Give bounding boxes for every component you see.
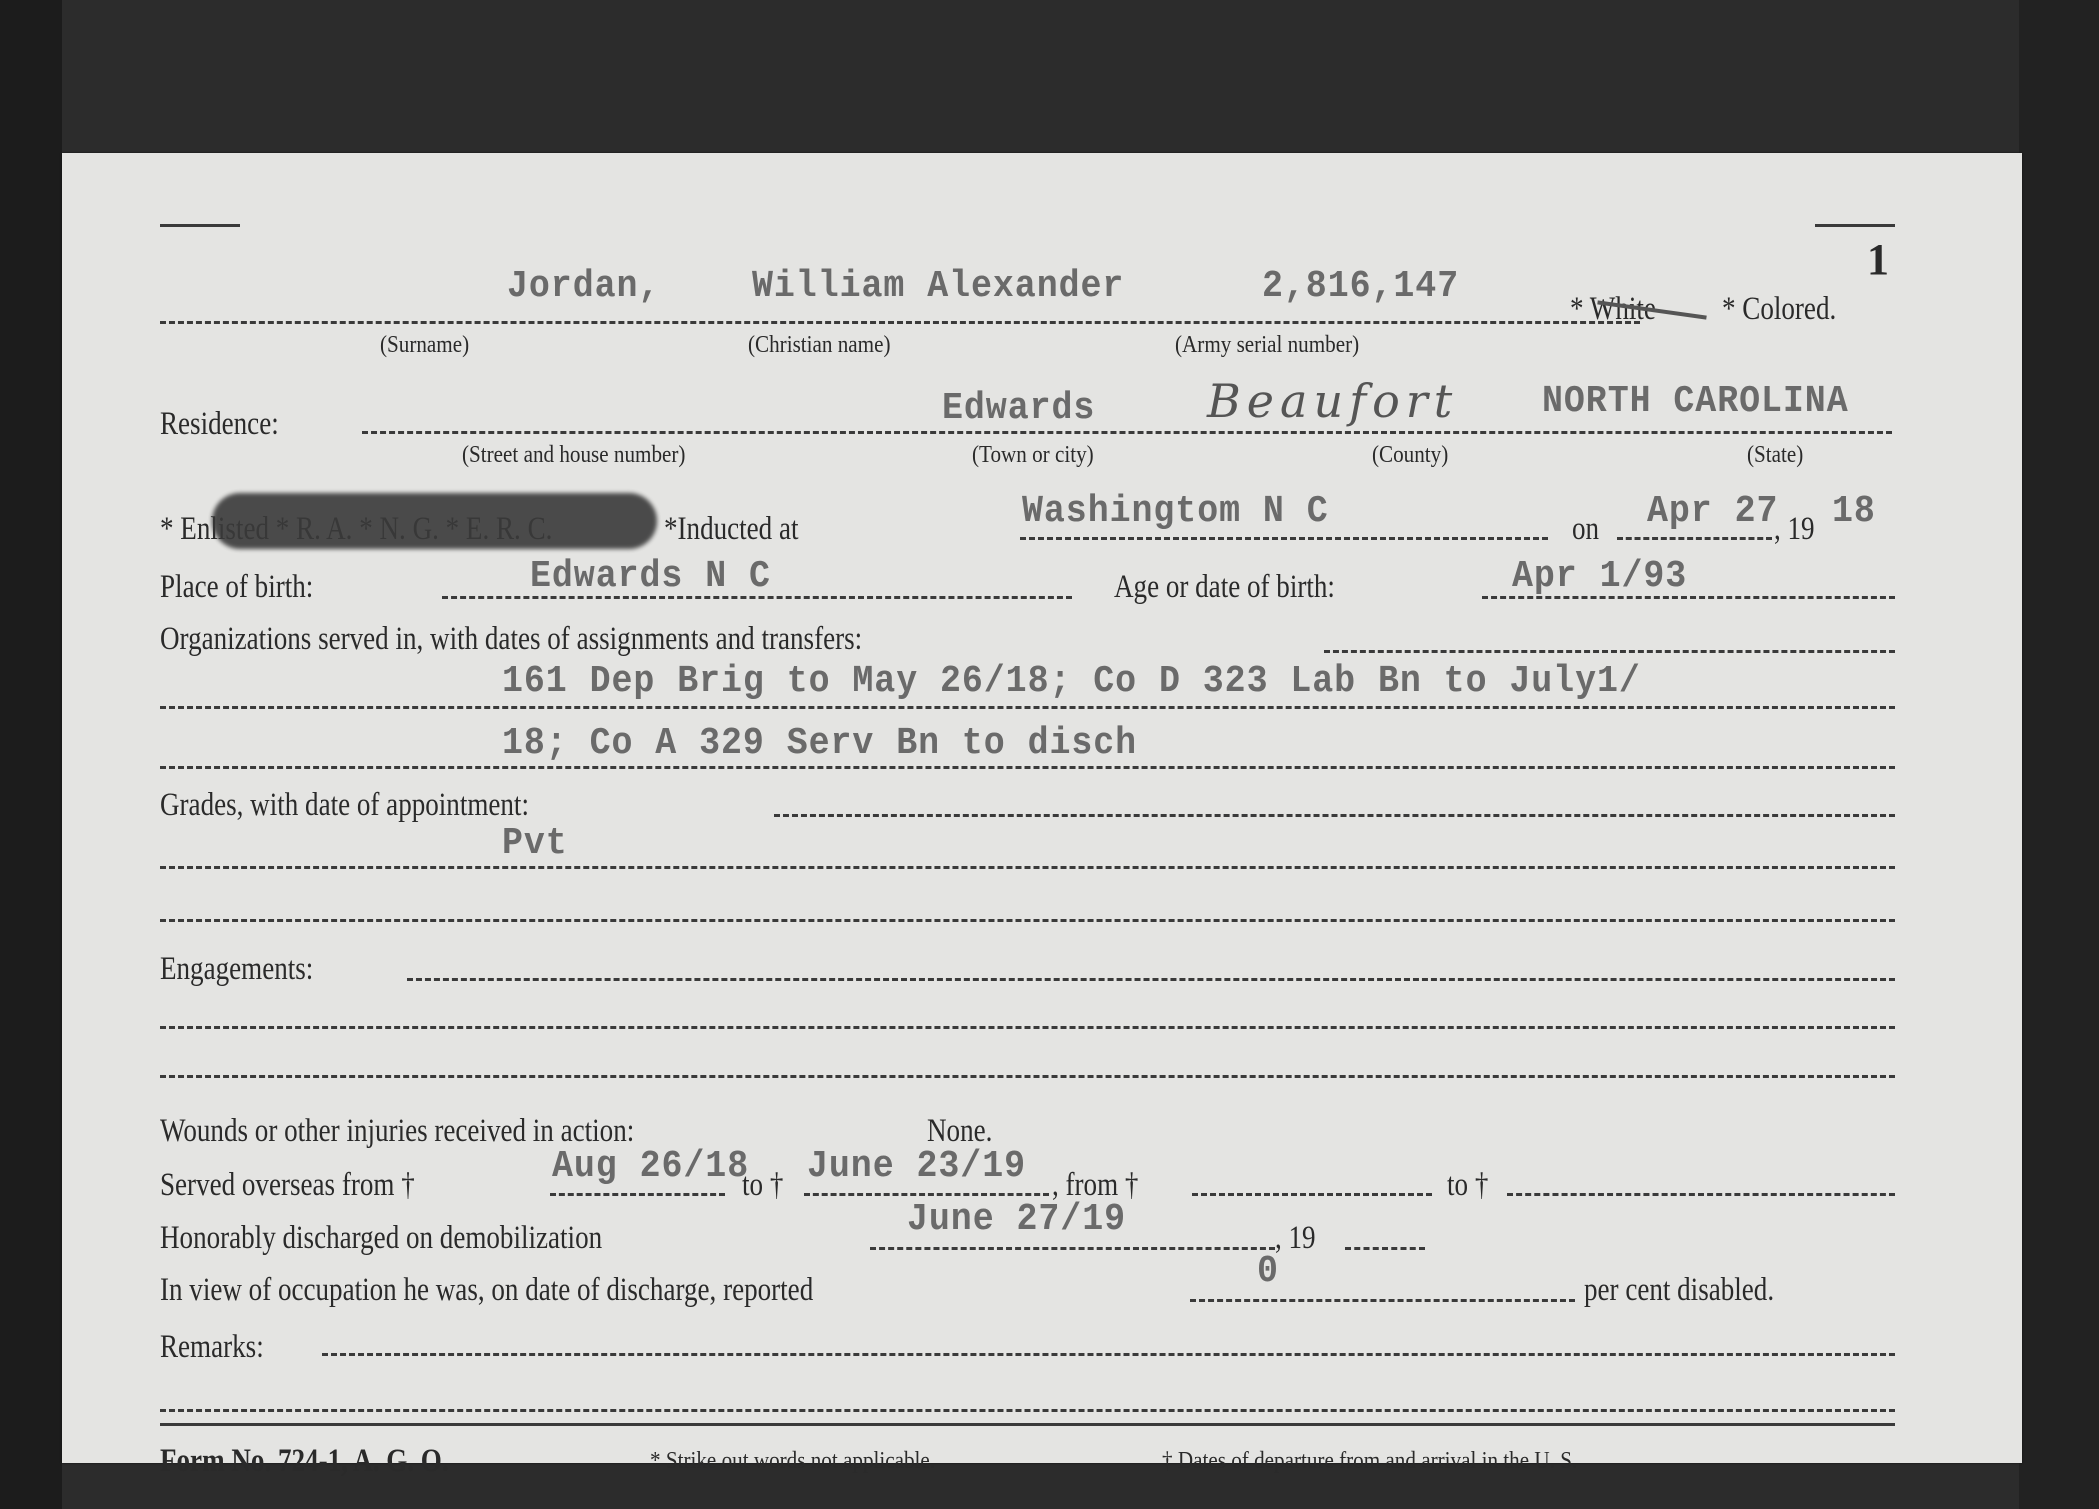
page-number: 1	[1867, 238, 1889, 282]
engagements-line-2	[160, 1075, 1895, 1078]
year-prefix: , 19	[1774, 513, 1815, 546]
disability-line	[1190, 1299, 1575, 1302]
overseas-to2-line	[1507, 1193, 1895, 1196]
overseas-to-value: June 23/19	[807, 1148, 1026, 1186]
place-of-birth-line	[442, 596, 1072, 599]
residence-label: Residence:	[160, 408, 279, 441]
organizations-label: Organizations served in, with dates of a…	[160, 623, 862, 656]
induction-date-line	[1617, 537, 1772, 540]
wounds-value: None.	[927, 1115, 992, 1148]
organizations-line-2	[160, 766, 1895, 769]
street-caption: (Street and house number)	[462, 443, 685, 467]
footnote-strike-out: * Strike out words not applicable.	[650, 1449, 935, 1473]
service-record-card: 1 Jordan, William Alexander 2,816,147 * …	[62, 153, 2022, 1463]
engagements-label: Engagements:	[160, 953, 313, 986]
organizations-value-line-2: 18; Co A 329 Serv Bn to disch	[502, 725, 1137, 763]
organizations-line-0	[1324, 650, 1895, 653]
surname-value: Jordan,	[507, 268, 660, 306]
surname-caption: (Surname)	[380, 333, 469, 357]
age-label: Age or date of birth:	[1114, 571, 1335, 604]
overseas-from-line	[550, 1193, 725, 1196]
grades-line-2	[160, 919, 1895, 922]
overseas-to-label: to †	[742, 1169, 783, 1202]
footer-rule	[160, 1423, 1895, 1426]
town-value: Edwards	[942, 390, 1095, 428]
remarks-line-0	[322, 1353, 1895, 1356]
induction-place-value: Washingtom N C	[1022, 493, 1329, 531]
overseas-from-value: Aug 26/18	[552, 1148, 749, 1186]
place-of-birth-label: Place of birth:	[160, 571, 313, 604]
grades-value: Pvt	[502, 825, 568, 863]
discharge-year-line	[1345, 1247, 1425, 1250]
serial-number-caption: (Army serial number)	[1175, 333, 1359, 357]
grades-label: Grades, with date of appointment:	[160, 789, 529, 822]
name-line	[160, 321, 1640, 324]
induction-date-value: Apr 27	[1647, 493, 1778, 531]
overseas-to-line	[804, 1193, 1049, 1196]
redaction-mark	[212, 493, 657, 549]
county-caption: (County)	[1372, 443, 1448, 467]
footnote-dates: † Dates of departure from and arrival in…	[1162, 1449, 1577, 1473]
grades-line-1	[160, 866, 1895, 869]
discharge-year-label: , 19	[1275, 1222, 1316, 1255]
wounds-label: Wounds or other injuries received in act…	[160, 1115, 634, 1148]
engagements-line-1	[160, 1026, 1895, 1029]
remarks-label: Remarks:	[160, 1331, 264, 1364]
place-of-birth-value: Edwards N C	[530, 558, 771, 596]
background-left-edge	[0, 0, 62, 1509]
birth-date-line	[1482, 596, 1895, 599]
engagements-line-0	[407, 978, 1895, 981]
form-number: Form No. 724-1, A. G. O.	[160, 1445, 449, 1478]
discharge-date-line	[870, 1247, 1275, 1250]
disability-suffix: per cent disabled.	[1584, 1274, 1774, 1307]
discharge-label: Honorably discharged on demobilization	[160, 1222, 602, 1255]
state-caption: (State)	[1747, 443, 1803, 467]
race-colored-option: * Colored.	[1722, 293, 1836, 326]
county-value: Beaufort	[1207, 378, 1458, 424]
disability-label: In view of occupation he was, on date of…	[160, 1274, 813, 1307]
overseas-to2-label: to †	[1447, 1169, 1488, 1202]
induction-year-value: 18	[1832, 493, 1876, 531]
organizations-line-1	[160, 706, 1895, 709]
inducted-at-label: *Inducted at	[664, 513, 799, 546]
residence-line	[362, 431, 1892, 434]
serial-number-value: 2,816,147	[1262, 268, 1459, 306]
overseas-from-label: Served overseas from †	[160, 1169, 415, 1202]
background-right-edge	[2019, 0, 2099, 1509]
disability-value: 0	[1257, 1253, 1279, 1291]
town-caption: (Town or city)	[972, 443, 1094, 467]
induction-place-line	[1020, 537, 1548, 540]
overseas-from2-line	[1192, 1193, 1432, 1196]
birth-date-value: Apr 1/93	[1512, 558, 1687, 596]
top-right-mark	[1815, 224, 1895, 227]
state-value: NORTH CAROLINA	[1542, 383, 1849, 421]
remarks-line-1	[160, 1409, 1895, 1412]
christian-name-value: William Alexander	[752, 268, 1124, 306]
top-left-mark	[160, 224, 240, 227]
christian-name-caption: (Christian name)	[748, 333, 891, 357]
on-label: on	[1572, 513, 1599, 546]
grades-line-0	[774, 814, 1895, 817]
discharge-date-value: June 27/19	[907, 1201, 1126, 1239]
organizations-value-line-1: 161 Dep Brig to May 26/18; Co D 323 Lab …	[502, 663, 1641, 701]
